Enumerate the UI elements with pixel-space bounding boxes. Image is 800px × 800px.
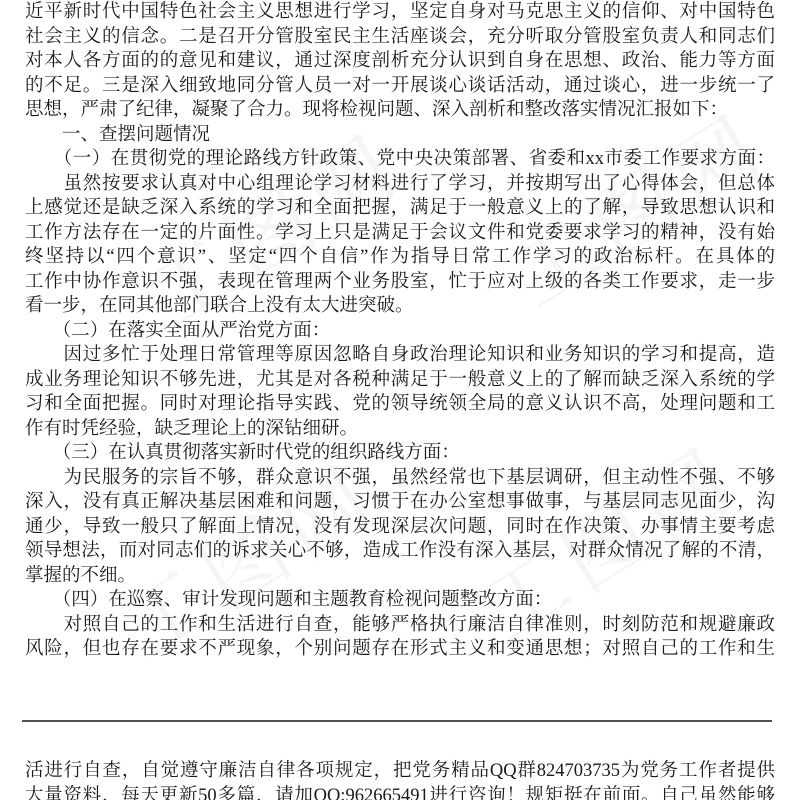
subsection-heading: （二）在落实全面从严治党方面： <box>25 319 775 344</box>
text-line: 成业务理论知识不够先进，尤其是对各税种满足于一般意义上的了解而缺乏深入系统的学 <box>25 368 775 393</box>
text-line: 通少，导致一般只了解面上情况，没有发现深层次问题，同时在作决策、办事情主要考虑 <box>25 515 775 540</box>
text-line: 工作中协作意识不强，表现在管理两个业务股室，忙于应对上级的各类工作要求，走一步 <box>25 270 775 295</box>
text-line: 上感觉还是缺乏深入系统的学习和全面把握，满足于一般意义上的了解，导致思想认识和 <box>25 196 775 221</box>
subsection-heading: （三）在认真贯彻落实新时代党的组织路线方面： <box>25 441 775 466</box>
text-line: 思想，严肃了纪律，凝聚了合力。现将检视问题、深入剖析和整改落实情况汇报如下： <box>25 98 775 123</box>
text-line: 虽然按要求认真对中心组理论学习材料进行了学习，并按期写出了心得体会，但总体 <box>25 172 775 197</box>
text-line: 对本人各方面的的意见和建议，通过深度剖析充分认识到自身在思想、政治、能力等方面 <box>25 49 775 74</box>
text-line: 掌握的不细。 <box>25 564 775 589</box>
text-line: 终坚持以“四个意识”、坚定“四个自信”作为指导日常工作学习的政治标杆。在具体的 <box>25 245 775 270</box>
section-heading: 一、查摆问题情况 <box>25 123 775 148</box>
text-line: 作有时凭经验，缺乏理论上的深钻细研。 <box>25 417 775 442</box>
text-line: 因过多忙于处理日常管理等原因忽略自身政治理论知识和业务知识的学习和提高，造 <box>25 343 775 368</box>
document-page-1: 近平新时代中国特色社会主义思想进行学习，坚定自身对马克思主义的信仰、对中国特色 … <box>25 0 775 662</box>
text-line: 活进行自查，自觉遵守廉洁自律各项规定，把党务精品QQ群824703735为党务工… <box>25 759 775 784</box>
page-divider <box>22 720 772 722</box>
text-line: 近平新时代中国特色社会主义思想进行学习，坚定自身对马克思主义的信仰、对中国特色 <box>25 0 775 25</box>
text-line: 习和全面把握。同时对理论指导实践、党的领导统领全局的意义认识不高，处理问题和工 <box>25 392 775 417</box>
text-line: 领导想法，而对同志们的诉求关心不够，造成工作没有深入基层，对群众情况了解的不清， <box>25 539 775 564</box>
subsection-heading: （一）在贯彻党的理论路线方针政策、党中央决策部署、省委和xx市委工作要求方面： <box>25 147 775 172</box>
text-line: 的不足。三是深入细致地同分管人员一对一开展谈心谈话活动，通过谈心，进一步统一了 <box>25 74 775 99</box>
text-line: 社会主义的信念。二是召开分管股室民主生活座谈会，充分听取分管股室负责人和同志们 <box>25 25 775 50</box>
document-page-2: 活进行自查，自觉遵守廉洁自律各项规定，把党务精品QQ群824703735为党务工… <box>25 759 775 800</box>
text-line: 对照自己的工作和生活进行自查，能够严格执行廉洁自律准则，时刻防范和规避廉政 <box>25 613 775 638</box>
text-line: 风险，但也存在要求不严现象，个别问题存在形式主义和变通思想；对照自己的工作和生 <box>25 637 775 662</box>
text-line: 大量资料，每天更新50多篇，请加QQ:962665491进行咨询！规矩挺在前面。… <box>25 784 775 800</box>
text-line: 为民服务的宗旨不够，群众意识不强，虽然经常也下基层调研，但主动性不强、不够 <box>25 466 775 491</box>
text-line: 深入，没有真正解决基层困难和问题，习惯于在办公室想事做事，与基层同志见面少，沟 <box>25 490 775 515</box>
text-line: 工作方法存在一定的片面性。学习上只是满足于会议文件和党委要求学习的精神，没有始 <box>25 221 775 246</box>
text-line: 看一步，在同其他部门联合上没有太大进突破。 <box>25 294 775 319</box>
subsection-heading: （四）在巡察、审计发现问题和主题教育检视问题整改方面： <box>25 588 775 613</box>
